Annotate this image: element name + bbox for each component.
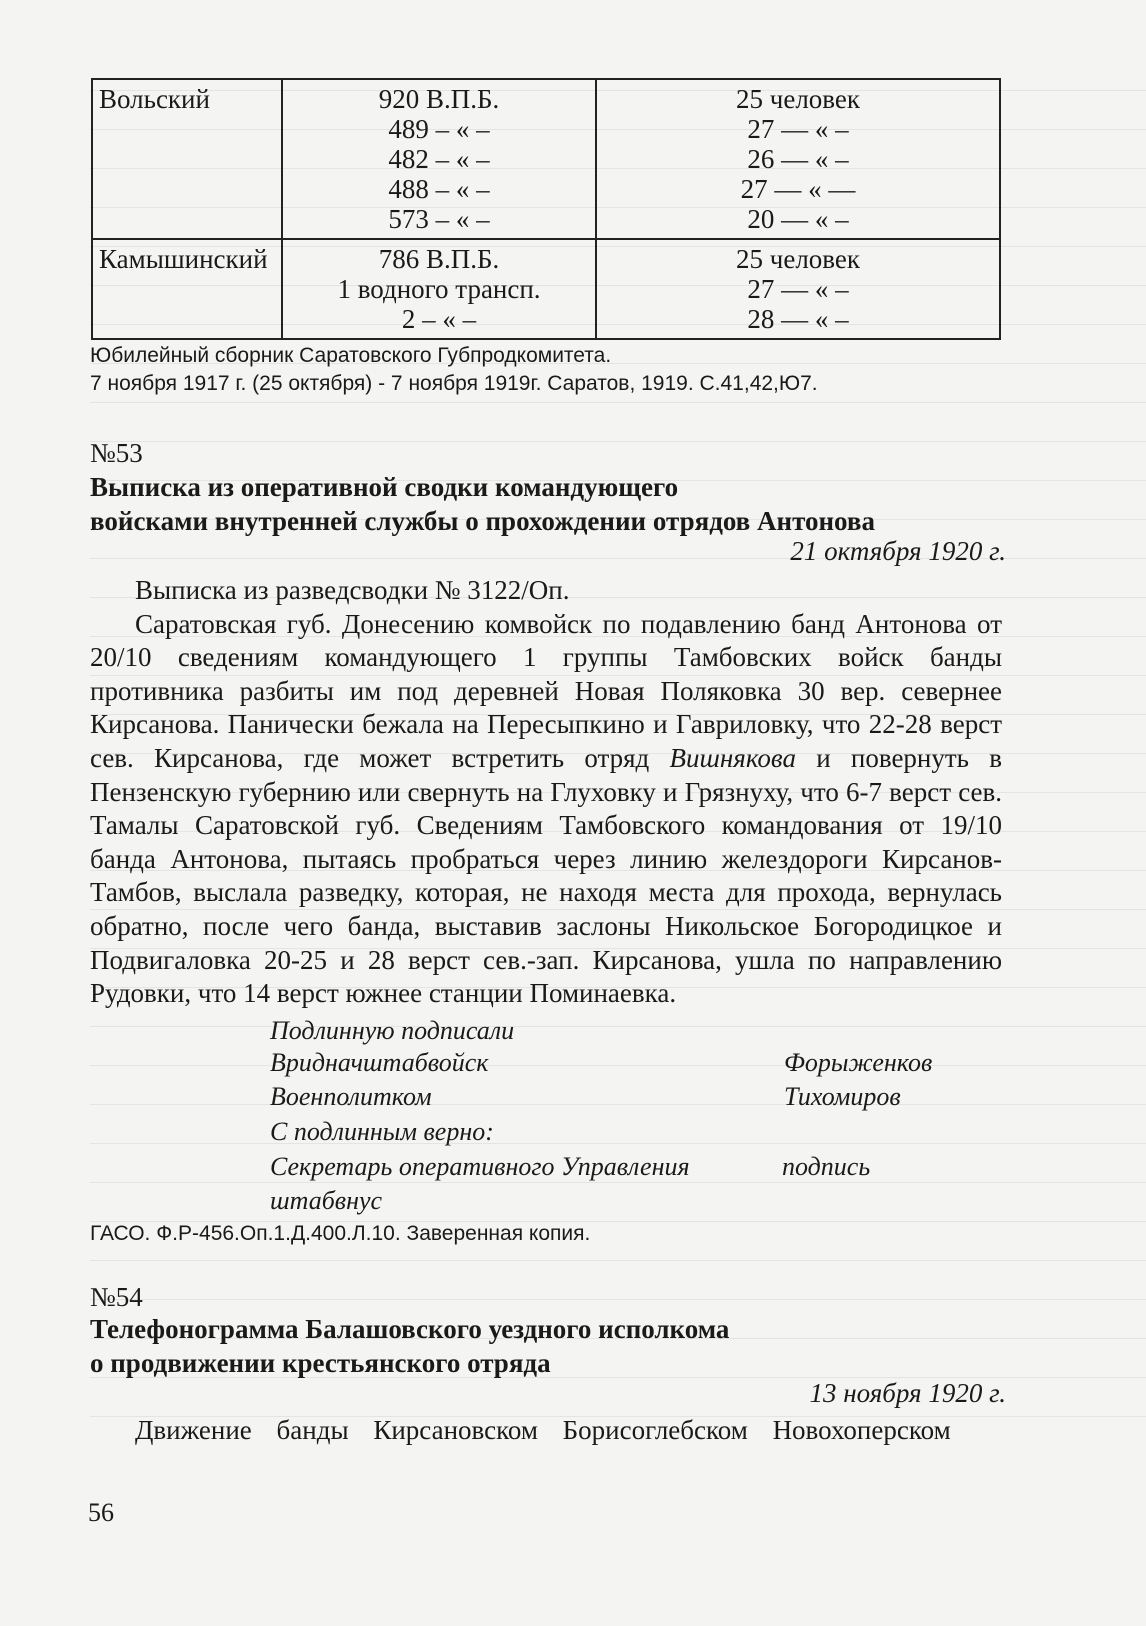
district-cell: Вольский xyxy=(92,79,282,239)
district-cell: Камышинский xyxy=(92,239,282,339)
signer-role: Вридначштабвойск xyxy=(270,1048,488,1078)
page-number: 56 xyxy=(88,1498,114,1528)
table-row: Вольский 920 В.П.Б. 489 – « – 482 – « – … xyxy=(92,79,1000,239)
signatures-heading: Подлинную подписали xyxy=(270,1016,514,1046)
intro-line: Выписка из разведсводки № 3122/Оп. xyxy=(90,574,1002,608)
document-number: №53 xyxy=(90,438,143,469)
signer-role: Военполитком xyxy=(270,1082,432,1112)
source-citation-line1: Юбилейный сборник Саратовского Губпродко… xyxy=(90,344,611,368)
document-body: Выписка из разведсводки № 3122/Оп. Сарат… xyxy=(90,574,1002,1011)
document-number: №54 xyxy=(90,1282,143,1313)
signer-role: Секретарь оперативного Управления xyxy=(270,1152,690,1182)
signer-role: штабвнус xyxy=(270,1186,382,1216)
units-cell: 786 В.П.Б. 1 водного трансп. 2 – « – xyxy=(282,239,596,339)
source-citation-line2: 7 ноября 1917 г. (25 октября) - 7 ноября… xyxy=(90,372,818,396)
document-body: Движение банды Кирсановском Борисоглебск… xyxy=(90,1414,1002,1448)
people-cell: 25 человек 27 — « – 28 — « – xyxy=(596,239,1000,339)
people-cell: 25 человек 27 — « – 26 — « – 27 — « — 20… xyxy=(596,79,1000,239)
archive-citation: ГАСО. Ф.Р-456.Оп.1.Д.400.Л.10. Заверенна… xyxy=(90,1222,590,1246)
true-copy-note: С подлинным верно: xyxy=(270,1117,494,1147)
signer-name: Тихомиров xyxy=(784,1082,901,1112)
detachments-table: Вольский 920 В.П.Б. 489 – « – 482 – « – … xyxy=(91,78,1001,340)
document-title: Выписка из оперативной сводки командующе… xyxy=(90,470,1010,538)
document-page: Вольский 920 В.П.Б. 489 – « – 482 – « – … xyxy=(0,0,1146,1626)
signer-name: Форыженков xyxy=(784,1048,932,1078)
body-paragraph: Саратовская губ. Донесению комвойск по п… xyxy=(90,608,1002,1011)
units-cell: 920 В.П.Б. 489 – « – 482 – « – 488 – « –… xyxy=(282,79,596,239)
signer-name: подпись xyxy=(782,1152,870,1182)
table-row: Камышинский 786 В.П.Б. 1 водного трансп.… xyxy=(92,239,1000,339)
document-title: Телефонограмма Балашовского уездного исп… xyxy=(90,1312,1010,1380)
body-paragraph: Движение банды Кирсановском Борисоглебск… xyxy=(90,1414,1002,1448)
document-date: 21 октября 1920 г. xyxy=(790,536,1006,567)
document-date: 13 ноября 1920 г. xyxy=(809,1378,1006,1409)
